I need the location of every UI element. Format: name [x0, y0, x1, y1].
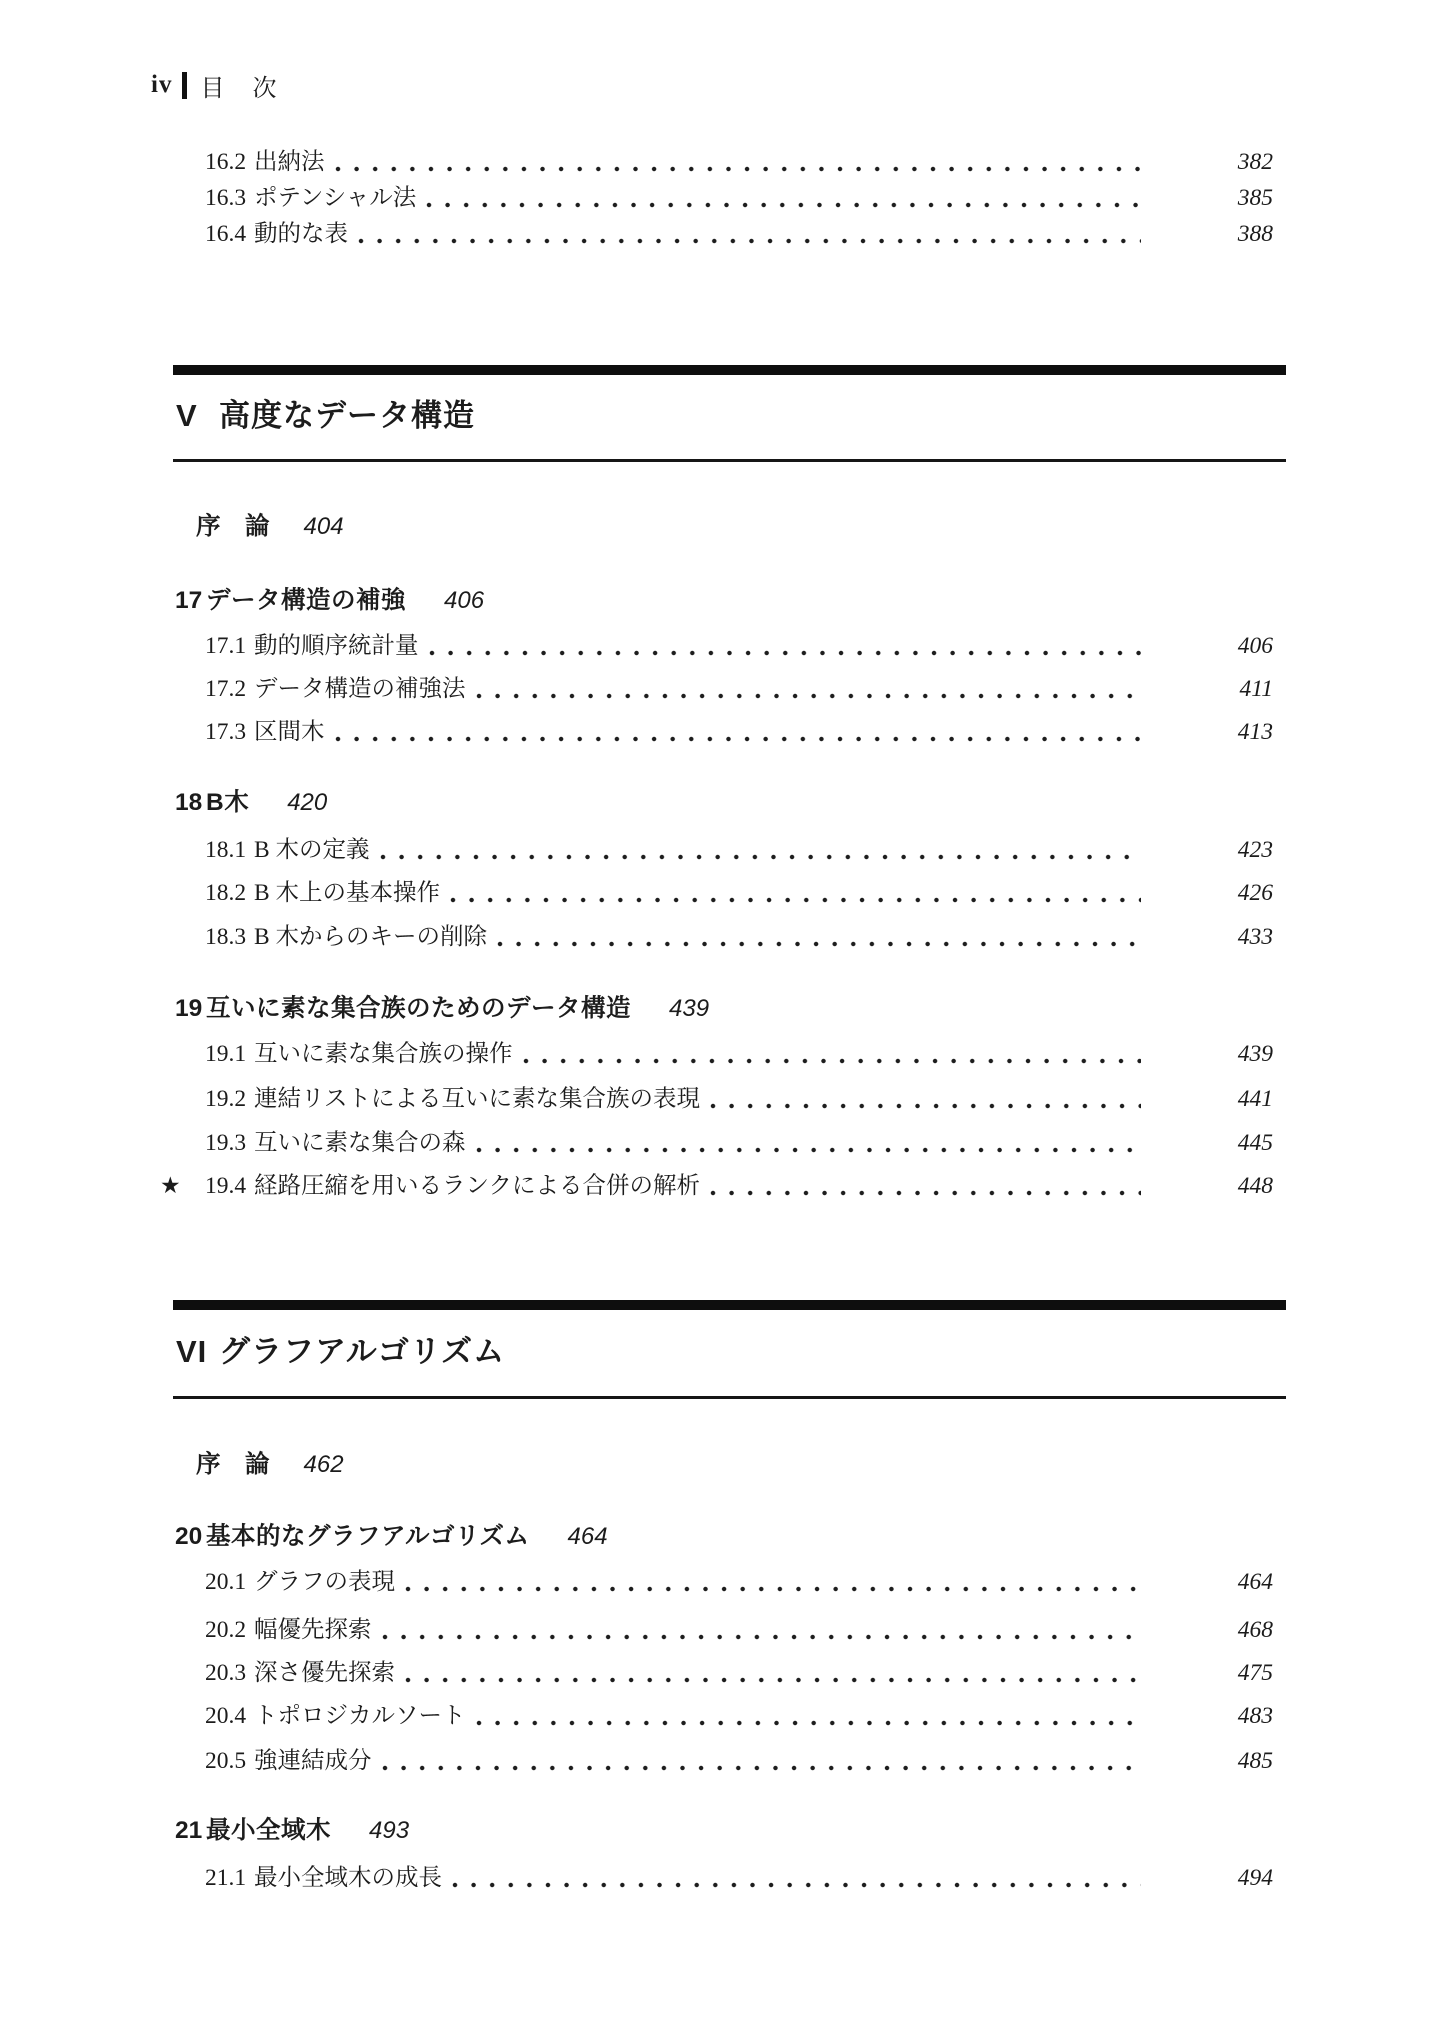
intro-row: 序 論 404 [196, 511, 896, 543]
section-number: 21.1 [205, 1862, 254, 1894]
section-number: 19.3 [205, 1127, 254, 1159]
dot-leader [405, 1566, 1141, 1598]
section-page: 485 [1141, 1745, 1285, 1777]
section-page: 494 [1141, 1862, 1285, 1894]
toc-section-row: 21.1 最小全域木の成長 494 [205, 1862, 1285, 1894]
section-number: 19.1 [205, 1038, 254, 1070]
section-page: 448 [1141, 1170, 1285, 1202]
section-title: B 木上の基本操作 [254, 877, 440, 909]
intro-row: 序 論 462 [196, 1449, 896, 1481]
dot-leader [476, 1700, 1142, 1732]
dot-leader [405, 1657, 1141, 1689]
section-title: グラフの表現 [254, 1566, 395, 1598]
chapter-page: 493 [369, 1815, 409, 1847]
section-number: 18.1 [205, 834, 254, 866]
section-page: 406 [1141, 630, 1285, 662]
dot-leader [450, 877, 1141, 909]
section-number: 19.2 [205, 1083, 254, 1115]
toc-section-row: 17.1 動的順序統計量 406 [205, 630, 1285, 662]
section-title: 経路圧縮を用いるランクによる合併の解析 [254, 1170, 700, 1202]
star-icon: ★ [160, 1170, 181, 1202]
section-page: 441 [1141, 1083, 1285, 1115]
chapter-number: 20 [175, 1521, 206, 1553]
dot-leader [429, 630, 1142, 662]
chapter-number: 21 [175, 1815, 206, 1847]
section-page: 382 [1141, 146, 1285, 178]
section-page: 483 [1141, 1700, 1285, 1732]
chapter-title: データ構造の補強 [206, 585, 406, 617]
toc-section-row: 20.1 グラフの表現 464 [205, 1566, 1285, 1598]
chapter-row: 18 B木 420 [175, 787, 1285, 819]
section-title: 動的順序統計量 [254, 630, 419, 662]
section-number: 17.2 [205, 673, 254, 705]
part-divider-bar [173, 365, 1286, 375]
chapter-number: 19 [175, 993, 206, 1025]
part-title: 高度なデータ構造 [219, 396, 475, 436]
toc-section-row: 18.3 B 木からのキーの削除 433 [205, 921, 1285, 953]
section-page: 468 [1141, 1614, 1285, 1646]
header-title: 目 次 [200, 68, 278, 103]
dot-leader [497, 921, 1141, 953]
chapter-row: 20 基本的なグラフアルゴリズム 464 [175, 1521, 1285, 1553]
toc-page: iv 目 次 16.2 出納法 382 16.3 ポテンシャル法 385 16.… [0, 0, 1433, 2024]
section-page: 423 [1141, 834, 1285, 866]
chapter-row: 21 最小全域木 493 [175, 1815, 1285, 1847]
section-number: 20.3 [205, 1657, 254, 1689]
toc-section-row: 17.2 データ構造の補強法 411 [205, 673, 1285, 705]
section-number: 18.3 [205, 921, 254, 953]
part-title: グラフアルゴリズム [219, 1332, 505, 1372]
folio-number: iv [151, 71, 172, 99]
part-roman-numeral: VI [176, 1332, 219, 1372]
section-page: 445 [1141, 1127, 1285, 1159]
section-title: B 木の定義 [254, 834, 370, 866]
part-divider-bar [173, 1300, 1286, 1310]
toc-section-row: 16.4 動的な表 388 [205, 218, 1285, 250]
toc-section-row: 20.5 強連結成分 485 [205, 1745, 1285, 1777]
section-page: 426 [1141, 877, 1285, 909]
section-page: 411 [1141, 673, 1285, 705]
toc-section-row: 16.2 出納法 382 [205, 146, 1285, 178]
intro-label: 序 論 [196, 511, 270, 543]
section-title: 出納法 [254, 146, 325, 178]
chapter-row: 17 データ構造の補強 406 [175, 585, 1285, 617]
section-title: 連結リストによる互いに素な集合族の表現 [254, 1083, 700, 1115]
section-title: 最小全域木の成長 [254, 1862, 442, 1894]
chapter-title: 最小全域木 [206, 1815, 331, 1847]
section-number: 16.4 [205, 218, 254, 250]
section-title: 区間木 [254, 716, 325, 748]
section-page: 464 [1141, 1566, 1285, 1598]
part-heading: V 高度なデータ構造 [176, 396, 475, 436]
section-title: ポテンシャル法 [254, 182, 416, 214]
intro-page: 404 [304, 511, 344, 543]
section-title: トポロジカルソート [254, 1700, 466, 1732]
chapter-title: 互いに素な集合族のためのデータ構造 [206, 993, 631, 1025]
dot-leader [476, 673, 1142, 705]
dot-leader [710, 1083, 1141, 1115]
section-number: 20.5 [205, 1745, 254, 1777]
toc-section-row: 18.2 B 木上の基本操作 426 [205, 877, 1285, 909]
dot-leader [710, 1170, 1141, 1202]
chapter-number: 18 [175, 787, 206, 819]
toc-section-row: 17.3 区間木 413 [205, 716, 1285, 748]
section-number: 18.2 [205, 877, 254, 909]
section-number: 20.1 [205, 1566, 254, 1598]
section-title: 幅優先探索 [254, 1614, 372, 1646]
chapter-title: 基本的なグラフアルゴリズム [206, 1521, 530, 1553]
chapter-page: 439 [669, 993, 709, 1025]
toc-section-row: 19.3 互いに素な集合の森 445 [205, 1127, 1285, 1159]
dot-leader [382, 1614, 1142, 1646]
section-title: 強連結成分 [254, 1745, 372, 1777]
dot-leader [335, 716, 1142, 748]
section-page: 413 [1141, 716, 1285, 748]
chapter-page: 464 [568, 1521, 608, 1553]
part-rule [173, 1396, 1286, 1399]
part-heading: VI グラフアルゴリズム [176, 1332, 505, 1372]
dot-leader [382, 1745, 1142, 1777]
section-page: 388 [1141, 218, 1285, 250]
page-header: iv 目 次 [151, 68, 278, 102]
section-page: 439 [1141, 1038, 1285, 1070]
dot-leader [452, 1862, 1141, 1894]
section-title: データ構造の補強法 [254, 673, 466, 705]
section-title: B 木からのキーの削除 [254, 921, 487, 953]
dot-leader [426, 182, 1141, 214]
section-number: 20.2 [205, 1614, 254, 1646]
section-number: 16.3 [205, 182, 254, 214]
section-number: 17.1 [205, 630, 254, 662]
chapter-page: 420 [287, 787, 327, 819]
intro-label: 序 論 [196, 1449, 270, 1481]
section-title: 互いに素な集合族の操作 [254, 1038, 513, 1070]
section-title: 深さ優先探索 [254, 1657, 395, 1689]
chapter-number: 17 [175, 585, 206, 617]
dot-leader [335, 146, 1142, 178]
section-page: 433 [1141, 921, 1285, 953]
toc-section-row: 20.3 深さ優先探索 475 [205, 1657, 1285, 1689]
toc-section-row: 18.1 B 木の定義 423 [205, 834, 1285, 866]
section-page: 385 [1141, 182, 1285, 214]
section-title: 互いに素な集合の森 [254, 1127, 466, 1159]
section-number: 19.4 [205, 1170, 254, 1202]
dot-leader [380, 834, 1141, 866]
header-divider [182, 72, 187, 99]
chapter-title: B木 [206, 787, 249, 819]
dot-leader [476, 1127, 1142, 1159]
part-roman-numeral: V [176, 396, 219, 436]
toc-section-row: 20.2 幅優先探索 468 [205, 1614, 1285, 1646]
section-title: 動的な表 [254, 218, 348, 250]
chapter-page: 406 [444, 585, 484, 617]
part-rule [173, 459, 1286, 462]
section-page: 475 [1141, 1657, 1285, 1689]
section-number: 17.3 [205, 716, 254, 748]
chapter-row: 19 互いに素な集合族のためのデータ構造 439 [175, 993, 1285, 1025]
intro-page: 462 [304, 1449, 344, 1481]
toc-section-row: 20.4 トポロジカルソート 483 [205, 1700, 1285, 1732]
toc-section-row: 19.1 互いに素な集合族の操作 439 [205, 1038, 1285, 1070]
toc-section-row: 19.2 連結リストによる互いに素な集合族の表現 441 [205, 1083, 1285, 1115]
section-number: 16.2 [205, 146, 254, 178]
dot-leader [358, 218, 1141, 250]
toc-section-row: 16.3 ポテンシャル法 385 [205, 182, 1285, 214]
section-number: 20.4 [205, 1700, 254, 1732]
dot-leader [523, 1038, 1142, 1070]
toc-section-row: ★ 19.4 経路圧縮を用いるランクによる合併の解析 448 [205, 1170, 1285, 1202]
